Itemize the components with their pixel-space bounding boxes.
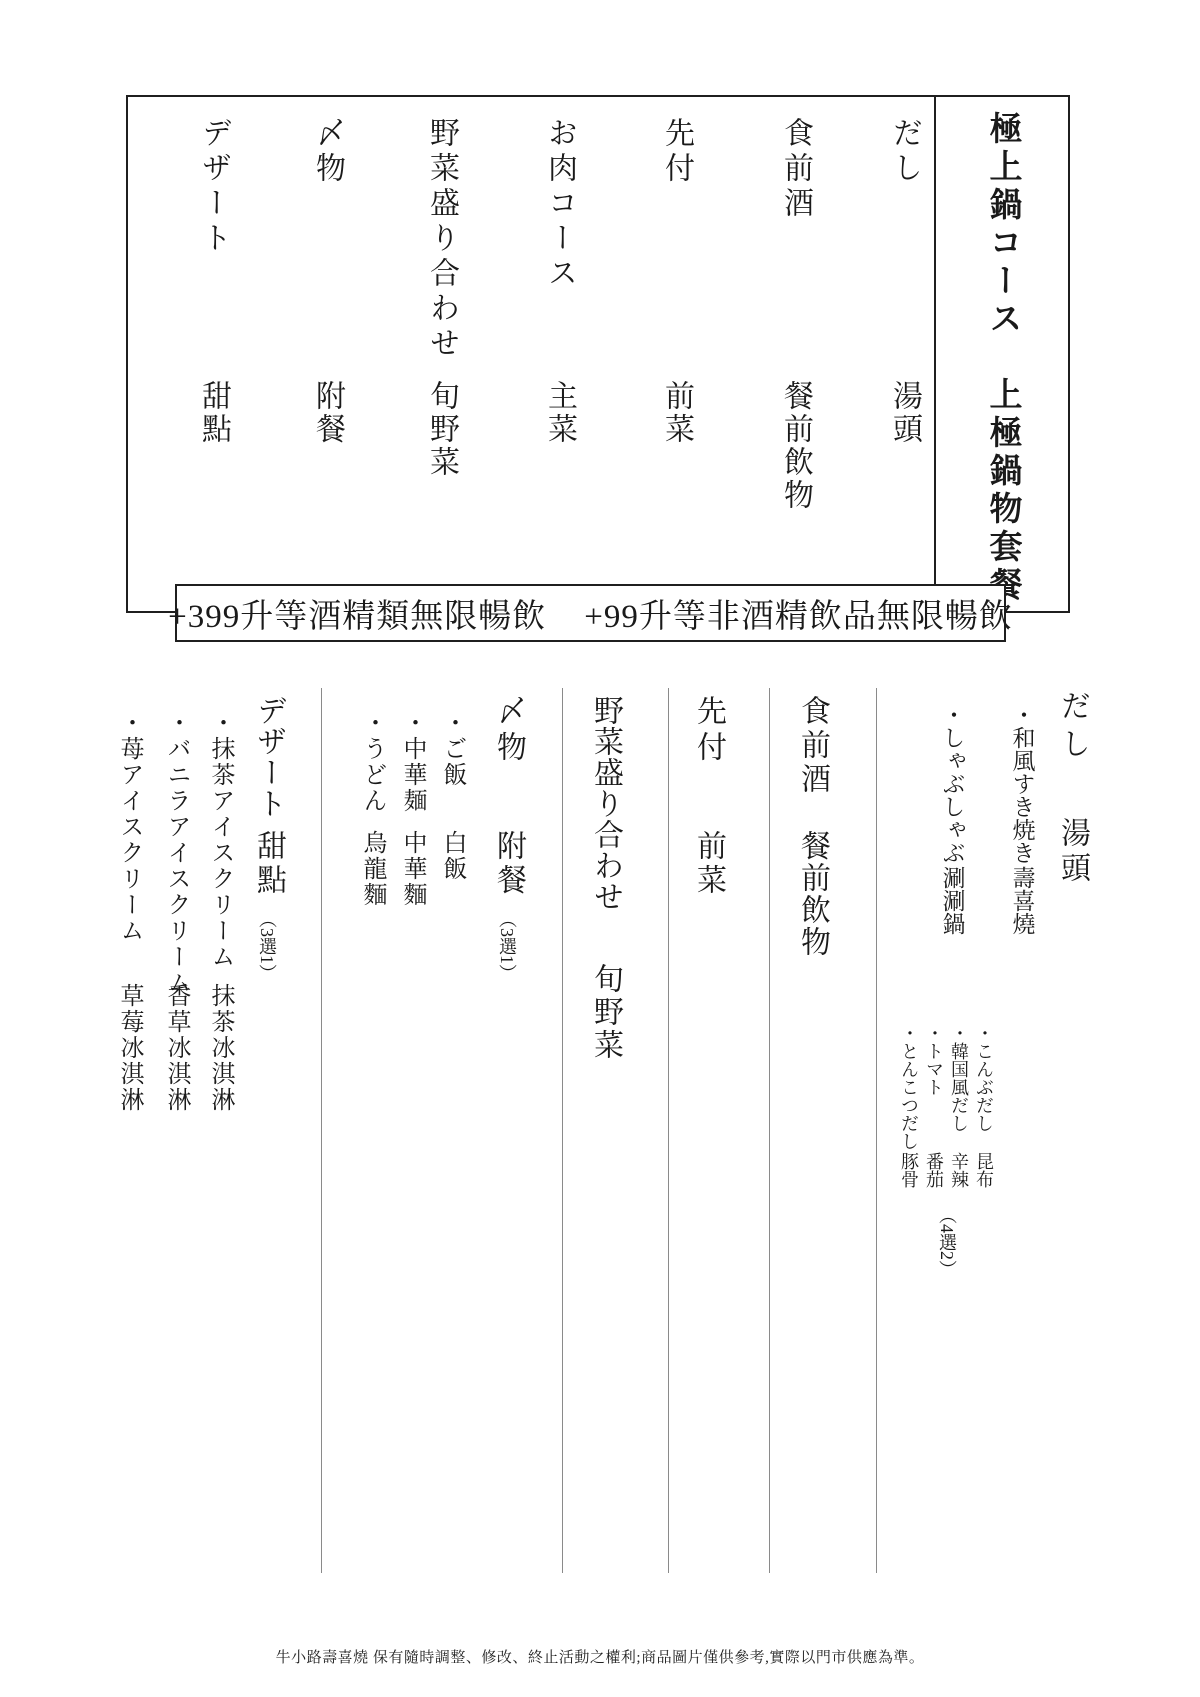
non-alcohol-upgrade-text: +99升等非酒精飲品無限暢飲 — [584, 590, 1013, 637]
menu-item-jp: ・抹茶アイスクリーム — [208, 710, 232, 970]
menu-page: 極上鍋コース 上極鍋物套餐 だし 湯頭 食前酒 餐前飲物 先付 前菜 お肉コース… — [0, 0, 1200, 1697]
drink-upgrade-banner: +399升等酒精類無限暢飲 +99升等非酒精飲品無限暢飲 — [175, 584, 1006, 642]
section-header-cn: 餐前飲物 — [797, 830, 827, 958]
course-column-cn: 附餐 — [312, 380, 342, 446]
broth-option-cn: 番茄 — [925, 1152, 943, 1188]
section-header-jp: 野菜盛り合わせ — [590, 695, 620, 912]
menu-item-cn: 抹茶冰淇淋 — [208, 983, 232, 1113]
menu-item-cn: 中華麵 — [400, 830, 424, 908]
broth-option-cn: 豚骨 — [900, 1152, 918, 1188]
menu-item-jp: ・中華麺 — [400, 710, 424, 814]
section-divider — [769, 688, 770, 1573]
course-column-cn: 湯頭 — [889, 380, 919, 446]
course-column-jp: 先付 — [661, 117, 691, 187]
course-column-jp: お肉コース — [544, 117, 574, 292]
choice-note-text: （3選1） — [498, 910, 516, 982]
course-column-aperitif: 食前酒 餐前飲物 — [775, 97, 815, 611]
section-header-cn: 前菜 — [693, 830, 723, 898]
menu-item-cn: 草莓冰淇淋 — [117, 983, 141, 1113]
choice-note-text: （4選2） — [938, 1206, 956, 1278]
course-column-cn: 甜點 — [198, 380, 228, 446]
section-divider — [668, 688, 669, 1573]
menu-item-jp: ・うどん — [360, 710, 384, 814]
course-column-vegetable: 野菜盛り合わせ 旬野菜 — [421, 97, 461, 611]
section-header-jp: 先付 — [693, 695, 723, 767]
course-column-cn: 前菜 — [661, 380, 691, 446]
course-column-shime: 〆物 附餐 — [307, 97, 347, 611]
section-header-cn: 甜點 — [253, 830, 283, 898]
course-column-jp: デザート — [198, 117, 228, 257]
menu-item-jp: ・バニラアイスクリーム — [164, 710, 188, 996]
menu-item-cn: 香草冰淇淋 — [164, 983, 188, 1113]
course-column-dashi: だし 湯頭 — [884, 97, 924, 611]
section-divider — [321, 688, 322, 1573]
course-column-jp: だし — [889, 117, 919, 187]
section-header-cn: 附餐 — [493, 830, 523, 898]
course-title-cell: 極上鍋コース 上極鍋物套餐 — [934, 97, 1068, 611]
footer-disclaimer: 牛小路壽喜燒 保有隨時調整、修改、終止活動之權利;商品圖片僅供參考,實際以門市供… — [0, 1646, 1200, 1667]
broth-option-cn: 昆布 — [975, 1152, 993, 1188]
broth-option-jp: ・トマト — [925, 1024, 943, 1096]
choice-note-text: （3選1） — [258, 910, 276, 982]
menu-item-cn: 壽喜燒 — [1011, 866, 1034, 935]
course-column-jp: 野菜盛り合わせ — [426, 117, 456, 362]
section-header-cn: 旬野菜 — [590, 963, 620, 1062]
menu-item-jp: ・和風すき焼き — [1011, 703, 1034, 864]
menu-item-cn: 烏龍麵 — [360, 830, 384, 908]
menu-item-cn: 白飯 — [440, 830, 464, 882]
section-divider — [876, 688, 877, 1573]
course-column-cn: 旬野菜 — [426, 380, 456, 479]
course-column-dessert: デザート 甜點 — [193, 97, 233, 611]
section-header-cn: 湯頭 — [1057, 817, 1087, 887]
broth-option-jp: ・こんぶだし — [975, 1024, 993, 1132]
menu-item-jp: ・苺アイスクリーム — [117, 710, 141, 944]
menu-item-cn: 涮涮鍋 — [941, 866, 964, 935]
course-column-cn: 主菜 — [544, 380, 574, 446]
menu-item-jp: ・しゃぶしゃぶ — [941, 703, 964, 864]
broth-option-cn: 辛辣 — [950, 1152, 968, 1188]
section-header-jp: 食前酒 — [797, 695, 827, 797]
course-column-appetizer: 先付 前菜 — [656, 97, 696, 611]
course-title-jp: 極上鍋コース — [986, 111, 1019, 339]
course-column-cn: 餐前飲物 — [780, 380, 810, 512]
menu-item-jp: ・ご飯 — [440, 710, 464, 788]
section-header-jp: だし — [1057, 690, 1087, 766]
section-header-jp: デザート — [253, 695, 283, 819]
course-column-jp: 〆物 — [312, 117, 342, 187]
broth-option-jp: ・とんこつだし — [900, 1024, 918, 1150]
broth-option-jp: ・韓国風だし — [950, 1024, 968, 1132]
alcohol-upgrade-text: +399升等酒精類無限暢飲 — [168, 590, 546, 637]
section-divider — [562, 688, 563, 1573]
course-column-meat: お肉コース 主菜 — [539, 97, 579, 611]
course-title-cn: 上極鍋物套餐 — [986, 377, 1019, 605]
course-summary-box: 極上鍋コース 上極鍋物套餐 だし 湯頭 食前酒 餐前飲物 先付 前菜 お肉コース… — [126, 95, 1070, 613]
course-column-jp: 食前酒 — [780, 117, 810, 222]
section-header-jp: 〆物 — [493, 695, 523, 767]
